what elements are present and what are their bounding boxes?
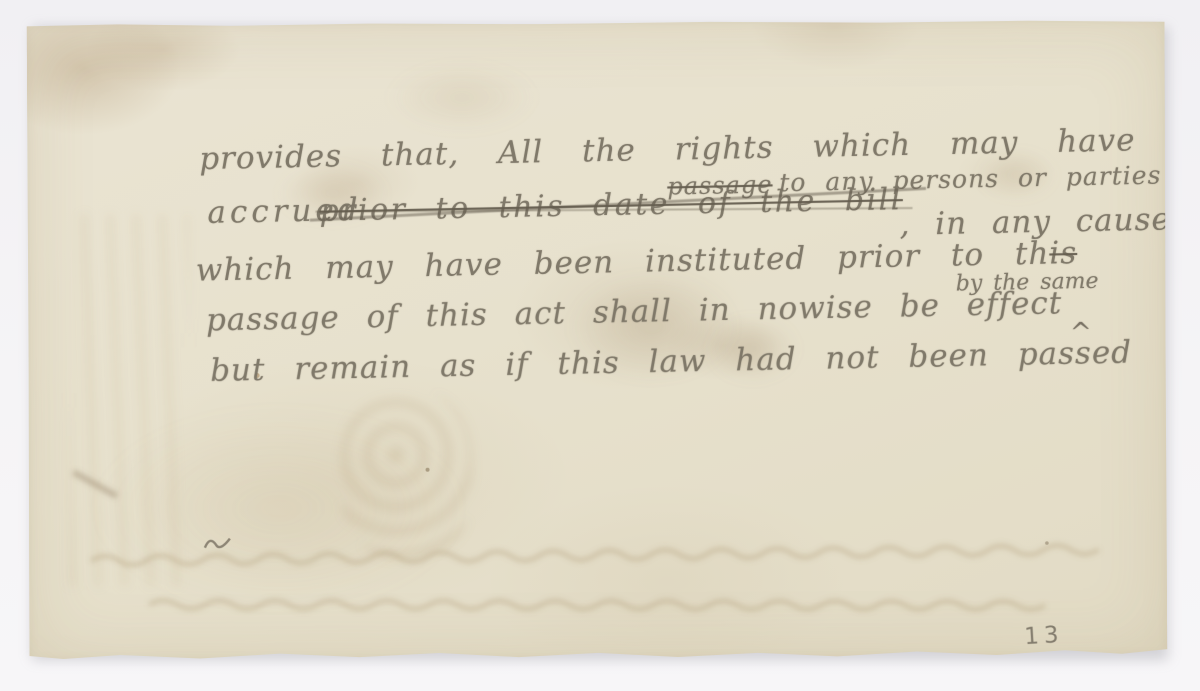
stain — [387, 62, 537, 133]
page-number: 13 — [1024, 622, 1065, 650]
bleed-line-2 — [149, 601, 1045, 610]
manuscript-page: provides that, All the rights which may … — [27, 20, 1168, 661]
bleed-line-1 — [91, 545, 1099, 565]
handwriting-line-3: which may have been instituted prior to … — [195, 235, 1077, 289]
line5-text: but remain as if this law had not been p… — [210, 334, 1133, 388]
line4-text: passage of this act shall in nowise be e… — [206, 285, 1063, 338]
line3-text: which may have been instituted prior to … — [195, 236, 1049, 289]
struck-text: prior to this date of the bill — [319, 182, 903, 229]
handwriting-line-5: but remain as if this law had not been p… — [210, 334, 1133, 388]
fold-streaks — [67, 214, 191, 587]
handwriting-line-2-struck: prior to this date of the bill — [319, 182, 903, 229]
stain-mottle — [340, 391, 473, 560]
pencil-mark — [205, 539, 230, 548]
scanner-background: provides that, All the rights which may … — [0, 0, 1200, 691]
handwriting-line-4: passage of this act shall in nowise be e… — [206, 285, 1063, 338]
speck — [1045, 541, 1049, 545]
struck-text: is — [1049, 235, 1078, 272]
